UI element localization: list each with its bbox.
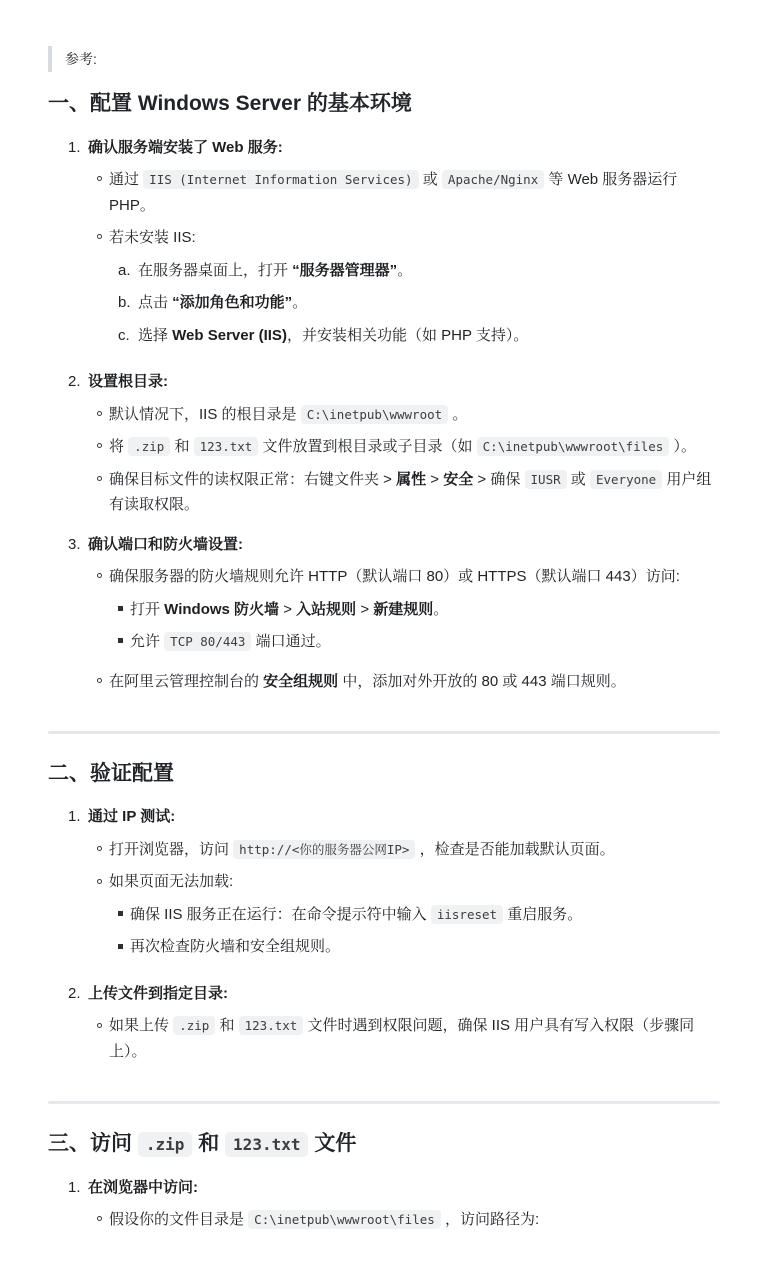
circle-bullet-icon xyxy=(97,846,102,851)
page: 参考:一、配置 Windows Server 的基本环境1.确认服务端安装了 W… xyxy=(0,0,768,1287)
list-item-text: 若未安装 IIS: xyxy=(109,225,720,251)
text-run: 或 xyxy=(567,471,590,488)
text-run: 。 xyxy=(433,601,448,618)
text-run: 。 xyxy=(292,294,307,311)
circle-bullet-icon xyxy=(97,443,102,448)
bullet-list: 如果上传 .zip 和 123.txt 文件时遇到权限问题，确保 IIS 用户具… xyxy=(97,1013,720,1064)
text-run: 和 xyxy=(192,1132,225,1155)
bold-text: 安全组规则 xyxy=(263,673,338,690)
text-run: 默认情况下，IIS 的根目录是 xyxy=(109,406,301,423)
inline-code: IIS (Internet Information Services) xyxy=(143,170,418,189)
inline-code: C:\inetpub\wwwroot\files xyxy=(248,1210,441,1229)
inline-code: .zip xyxy=(138,1132,193,1157)
list-item-text: 设置根目录: xyxy=(88,369,720,395)
bold-text: “添加角色和功能” xyxy=(172,294,292,311)
list-item-text: 允许 TCP 80/443 端口通过。 xyxy=(130,629,720,655)
text-run: 若未安装 IIS: xyxy=(109,229,196,246)
list-item-text: 确认端口和防火墙设置: xyxy=(88,532,720,558)
bullet-marker xyxy=(97,467,102,518)
list-item-text: 假设你的文件目录是 C:\inetpub\wwwroot\files ，访问路径… xyxy=(109,1207,720,1233)
text-run: 三、访问 xyxy=(48,1132,138,1155)
list-item-text: 默认情况下，IIS 的根目录是 C:\inetpub\wwwroot 。 xyxy=(109,402,720,428)
text-run: 。 xyxy=(448,406,467,423)
list-item: a.在服务器桌面上，打开 “服务器管理器”。 xyxy=(118,258,720,284)
text-run: 确保服务器的防火墙规则允许 HTTP（默认端口 80）或 HTTPS（默认端口 … xyxy=(109,568,680,585)
list-item: 如果上传 .zip 和 123.txt 文件时遇到权限问题，确保 IIS 用户具… xyxy=(97,1013,720,1064)
square-bullet-icon xyxy=(118,606,123,611)
list-item-text: 确认服务端安装了 Web 服务: xyxy=(88,135,720,161)
list-number: 1. xyxy=(68,135,81,363)
bullet-marker xyxy=(118,934,123,960)
text-run: 和 xyxy=(170,438,193,455)
list-item-text: 如果页面无法加载: xyxy=(109,869,720,895)
text-run: 参考: xyxy=(65,51,97,67)
text-run: 点击 xyxy=(138,294,172,311)
bold-text: Web Server (IIS) xyxy=(172,327,287,344)
bullet-marker xyxy=(97,669,102,695)
text-run: 允许 xyxy=(130,633,164,650)
list-item-text: 上传文件到指定目录: xyxy=(88,981,720,1007)
list-number: 1. xyxy=(68,1175,81,1240)
text-run: 如果页面无法加载: xyxy=(109,873,233,890)
bold-text: 属性 xyxy=(396,471,426,488)
ordered-list: 1.在浏览器中访问:假设你的文件目录是 C:\inetpub\wwwroot\f… xyxy=(48,1175,720,1240)
list-number: 2. xyxy=(68,981,81,1072)
bullet-marker xyxy=(97,167,102,218)
list-item: 再次检查防火墙和安全组规则。 xyxy=(118,934,720,960)
text-run: 。 xyxy=(397,262,412,279)
inline-code: .zip xyxy=(173,1016,215,1035)
divider xyxy=(48,731,720,734)
document: 参考:一、配置 Windows Server 的基本环境1.确认服务端安装了 W… xyxy=(48,46,720,1240)
inline-code: C:\inetpub\wwwroot\files xyxy=(477,437,670,456)
circle-bullet-icon xyxy=(97,1023,102,1028)
bold-text: 新建规则 xyxy=(373,601,433,618)
list-item: 打开 Windows 防火墙 > 入站规则 > 新建规则。 xyxy=(118,597,720,623)
text-run: 再次检查防火墙和安全组规则。 xyxy=(130,938,340,955)
list-item-text: 选择 Web Server (IIS)，并安装相关功能（如 PHP 支持）。 xyxy=(138,323,720,349)
list-item: 若未安装 IIS:a.在服务器桌面上，打开 “服务器管理器”。b.点击 “添加角… xyxy=(97,225,720,355)
circle-bullet-icon xyxy=(97,234,102,239)
bullet-marker xyxy=(97,434,102,460)
text-run: > xyxy=(279,601,296,618)
inline-code: Everyone xyxy=(590,470,662,489)
list-item: 将 .zip 和 123.txt 文件放置到根目录或子目录（如 C:\inetp… xyxy=(97,434,720,460)
inline-code: 123.txt xyxy=(194,437,259,456)
text-run: 端口通过。 xyxy=(251,633,330,650)
list-item: 2.上传文件到指定目录:如果上传 .zip 和 123.txt 文件时遇到权限问… xyxy=(68,981,720,1072)
bold-text: 入站规则 xyxy=(296,601,356,618)
list-item-text: 点击 “添加角色和功能”。 xyxy=(138,290,720,316)
ordered-list: a.在服务器桌面上，打开 “服务器管理器”。b.点击 “添加角色和功能”。c.选… xyxy=(118,258,720,349)
inline-code: IUSR xyxy=(525,470,567,489)
list-item: b.点击 “添加角色和功能”。 xyxy=(118,290,720,316)
list-item: 确保 IIS 服务正在运行：在命令提示符中输入 iisreset 重启服务。 xyxy=(118,902,720,928)
circle-bullet-icon xyxy=(97,176,102,181)
ordered-list: 1.确认服务端安装了 Web 服务:通过 IIS (Internet Infor… xyxy=(48,135,720,702)
list-letter: c. xyxy=(118,323,131,349)
text-run: 在阿里云管理控制台的 xyxy=(109,673,263,690)
list-item-text: 确保目标文件的读权限正常：右键文件夹 > 属性 > 安全 > 确保 IUSR 或… xyxy=(109,467,720,518)
circle-bullet-icon xyxy=(97,879,102,884)
bullet-marker xyxy=(97,402,102,428)
bullet-list: 默认情况下，IIS 的根目录是 C:\inetpub\wwwroot 。将 .z… xyxy=(97,402,720,518)
bold-text: 在浏览器中访问: xyxy=(88,1179,198,1196)
section-heading: 三、访问 .zip 和 123.txt 文件 xyxy=(48,1130,720,1158)
bullet-marker xyxy=(118,597,123,623)
text-run: 二、验证配置 xyxy=(48,762,174,785)
text-run: > xyxy=(356,601,373,618)
circle-bullet-icon xyxy=(97,678,102,683)
text-run: 文件放置到根目录或子目录（如 xyxy=(258,438,476,455)
list-item-text: 如果上传 .zip 和 123.txt 文件时遇到权限问题，确保 IIS 用户具… xyxy=(109,1013,720,1064)
text-run: ，检查是否能加载默认页面。 xyxy=(415,841,614,858)
list-item-text: 打开 Windows 防火墙 > 入站规则 > 新建规则。 xyxy=(130,597,720,623)
list-item: 确保目标文件的读权限正常：右键文件夹 > 属性 > 安全 > 确保 IUSR 或… xyxy=(97,467,720,518)
text-run: 打开浏览器，访问 xyxy=(109,841,233,858)
list-item-text: 通过 IP 测试: xyxy=(88,804,720,830)
bullet-marker xyxy=(97,1013,102,1064)
square-bullet-icon xyxy=(118,944,123,949)
text-run: > xyxy=(426,471,443,488)
text-run: 确保目标文件的读权限正常：右键文件夹 > xyxy=(109,471,396,488)
divider xyxy=(48,1101,720,1104)
list-item-text: 确保服务器的防火墙规则允许 HTTP（默认端口 80）或 HTTPS（默认端口 … xyxy=(109,564,720,590)
bullet-list: 打开 Windows 防火墙 > 入站规则 > 新建规则。允许 TCP 80/4… xyxy=(118,597,720,655)
bullet-marker xyxy=(118,902,123,928)
bullet-marker xyxy=(118,629,123,655)
text-run: 中，添加对外开放的 80 或 443 端口规则。 xyxy=(338,673,626,690)
bold-text: 上传文件到指定目录: xyxy=(88,985,228,1002)
circle-bullet-icon xyxy=(97,573,102,578)
circle-bullet-icon xyxy=(97,476,102,481)
bold-text: 设置根目录: xyxy=(88,373,168,390)
circle-bullet-icon xyxy=(97,411,102,416)
inline-code: 123.txt xyxy=(225,1132,308,1157)
bold-text: 通过 IP 测试: xyxy=(88,808,175,825)
bold-text: “服务器管理器” xyxy=(292,262,397,279)
section-heading: 二、验证配置 xyxy=(48,760,720,788)
bullet-marker xyxy=(97,564,102,662)
list-item-text: 确保 IIS 服务正在运行：在命令提示符中输入 iisreset 重启服务。 xyxy=(130,902,720,928)
list-item: 通过 IIS (Internet Information Services) 或… xyxy=(97,167,720,218)
text-run: 如果上传 xyxy=(109,1017,173,1034)
text-run: 一、配置 Windows Server 的基本环境 xyxy=(48,92,412,115)
text-run: ，访问路径为: xyxy=(441,1211,539,1228)
list-item: 3.确认端口和防火墙设置:确保服务器的防火墙规则允许 HTTP（默认端口 80）… xyxy=(68,532,720,702)
blockquote: 参考: xyxy=(48,46,720,72)
list-item-text: 将 .zip 和 123.txt 文件放置到根目录或子目录（如 C:\inetp… xyxy=(109,434,720,460)
section-heading: 一、配置 Windows Server 的基本环境 xyxy=(48,90,720,118)
square-bullet-icon xyxy=(118,638,123,643)
list-number: 3. xyxy=(68,532,81,702)
list-item: 1.确认服务端安装了 Web 服务:通过 IIS (Internet Infor… xyxy=(68,135,720,363)
inline-code: Apache/Nginx xyxy=(442,170,544,189)
list-item: 2.设置根目录:默认情况下，IIS 的根目录是 C:\inetpub\wwwro… xyxy=(68,369,720,525)
text-run: 在服务器桌面上，打开 xyxy=(138,262,292,279)
list-item: 1.通过 IP 测试:打开浏览器，访问 http://<你的服务器公网IP> ，… xyxy=(68,804,720,974)
list-item: 允许 TCP 80/443 端口通过。 xyxy=(118,629,720,655)
list-number: 1. xyxy=(68,804,81,974)
list-item-text: 在服务器桌面上，打开 “服务器管理器”。 xyxy=(138,258,720,284)
list-item: 如果页面无法加载:确保 IIS 服务正在运行：在命令提示符中输入 iisrese… xyxy=(97,869,720,967)
list-item-text: 再次检查防火墙和安全组规则。 xyxy=(130,934,720,960)
list-item-text: 在浏览器中访问: xyxy=(88,1175,720,1201)
bullet-list: 假设你的文件目录是 C:\inetpub\wwwroot\files ，访问路径… xyxy=(97,1207,720,1233)
list-letter: b. xyxy=(118,290,131,316)
text-run: ，并安装相关功能（如 PHP 支持）。 xyxy=(287,327,528,344)
inline-code: .zip xyxy=(128,437,170,456)
text-run: 选择 xyxy=(138,327,172,344)
list-item: c.选择 Web Server (IIS)，并安装相关功能（如 PHP 支持）。 xyxy=(118,323,720,349)
bullet-list: 打开浏览器，访问 http://<你的服务器公网IP> ，检查是否能加载默认页面… xyxy=(97,837,720,967)
bullet-marker xyxy=(97,1207,102,1233)
bold-text: Windows 防火墙 xyxy=(164,601,279,618)
inline-code: C:\inetpub\wwwroot xyxy=(301,405,448,424)
text-run: 打开 xyxy=(130,601,164,618)
text-run: 确保 IIS 服务正在运行：在命令提示符中输入 xyxy=(130,906,431,923)
bullet-marker xyxy=(97,869,102,967)
text-run: 和 xyxy=(215,1017,238,1034)
list-item: 确保服务器的防火墙规则允许 HTTP（默认端口 80）或 HTTPS（默认端口 … xyxy=(97,564,720,662)
square-bullet-icon xyxy=(118,911,123,916)
ordered-list: 1.通过 IP 测试:打开浏览器，访问 http://<你的服务器公网IP> ，… xyxy=(48,804,720,1071)
list-item-text: 在阿里云管理控制台的 安全组规则 中，添加对外开放的 80 或 443 端口规则… xyxy=(109,669,720,695)
circle-bullet-icon xyxy=(97,1216,102,1221)
list-item-text: 通过 IIS (Internet Information Services) 或… xyxy=(109,167,720,218)
text-run: 重启服务。 xyxy=(503,906,582,923)
list-item: 默认情况下，IIS 的根目录是 C:\inetpub\wwwroot 。 xyxy=(97,402,720,428)
bullet-marker xyxy=(97,225,102,355)
list-letter: a. xyxy=(118,258,131,284)
bold-text: 安全 xyxy=(443,471,473,488)
bullet-marker xyxy=(97,837,102,863)
inline-code: 123.txt xyxy=(239,1016,304,1035)
list-item: 1.在浏览器中访问:假设你的文件目录是 C:\inetpub\wwwroot\f… xyxy=(68,1175,720,1240)
inline-code: iisreset xyxy=(431,905,503,924)
bullet-list: 确保 IIS 服务正在运行：在命令提示符中输入 iisreset 重启服务。再次… xyxy=(118,902,720,960)
inline-code: TCP 80/443 xyxy=(164,632,251,651)
text-run: > 确保 xyxy=(473,471,524,488)
list-item: 在阿里云管理控制台的 安全组规则 中，添加对外开放的 80 或 443 端口规则… xyxy=(97,669,720,695)
text-run: 假设你的文件目录是 xyxy=(109,1211,248,1228)
list-item: 打开浏览器，访问 http://<你的服务器公网IP> ，检查是否能加载默认页面… xyxy=(97,837,720,863)
list-item: 假设你的文件目录是 C:\inetpub\wwwroot\files ，访问路径… xyxy=(97,1207,720,1233)
text-run: ）。 xyxy=(669,438,696,455)
bullet-list: 确保服务器的防火墙规则允许 HTTP（默认端口 80）或 HTTPS（默认端口 … xyxy=(97,564,720,694)
bullet-list: 通过 IIS (Internet Information Services) 或… xyxy=(97,167,720,355)
text-run: 或 xyxy=(419,171,442,188)
list-number: 2. xyxy=(68,369,81,525)
text-run: 将 xyxy=(109,438,128,455)
inline-code: http://<你的服务器公网IP> xyxy=(233,840,415,859)
bold-text: 确认服务端安装了 Web 服务: xyxy=(88,139,283,156)
bold-text: 确认端口和防火墙设置: xyxy=(88,536,243,553)
text-run: 通过 xyxy=(109,171,143,188)
list-item-text: 打开浏览器，访问 http://<你的服务器公网IP> ，检查是否能加载默认页面… xyxy=(109,837,720,863)
text-run: 文件 xyxy=(308,1132,356,1155)
